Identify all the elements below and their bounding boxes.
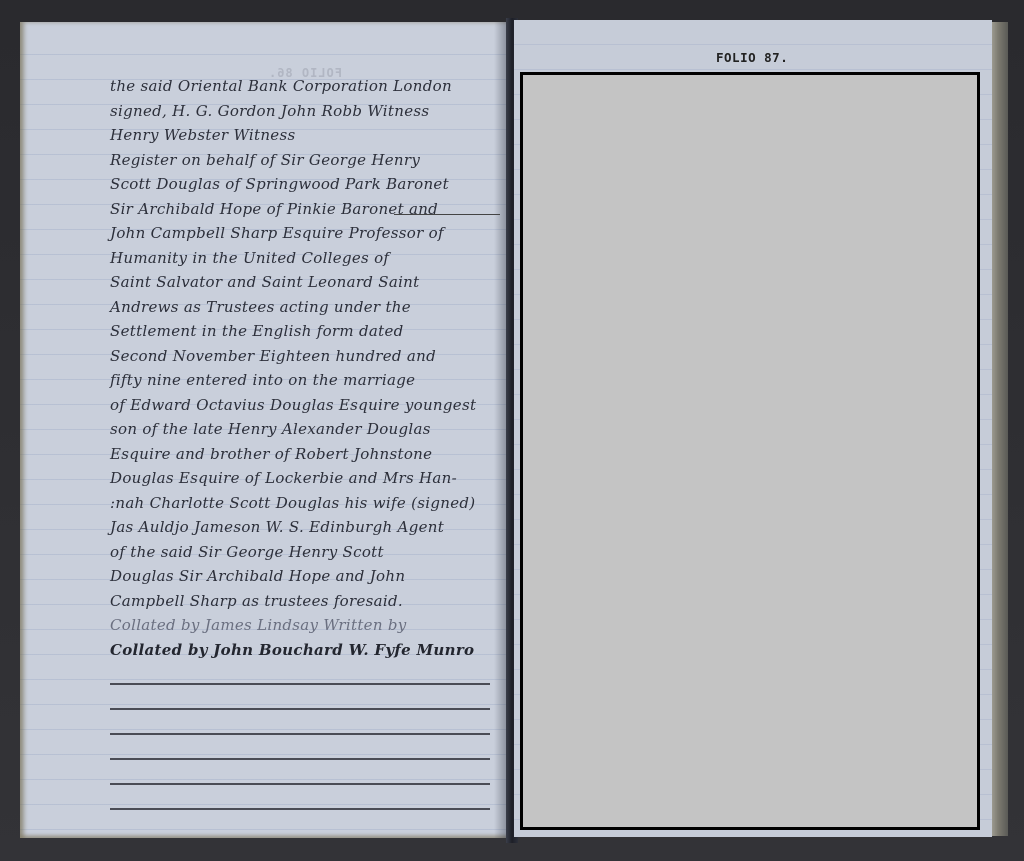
manuscript-line: Esquire and brother of Robert Johnstone <box>110 442 502 467</box>
blank-ruled-lines <box>110 683 490 833</box>
ruled-line <box>110 683 490 685</box>
manuscript-line: Scott Douglas of Springwood Park Baronet <box>110 172 502 197</box>
manuscript-line: signed, H. G. Gordon John Robb Witness <box>110 99 502 124</box>
manuscript-line: Second November Eighteen hundred and <box>110 344 502 369</box>
manuscript-line: Douglas Sir Archibald Hope and John <box>110 564 502 589</box>
manuscript-line: son of the late Henry Alexander Douglas <box>110 417 502 442</box>
redaction-box <box>520 72 980 830</box>
manuscript-line: Andrews as Trustees acting under the <box>110 295 502 320</box>
manuscript-line: Register on behalf of Sir George Henry <box>110 148 502 173</box>
manuscript-line: John Campbell Sharp Esquire Professor of <box>110 221 502 246</box>
folio-number: FOLIO 87. <box>716 50 788 65</box>
manuscript-line: Saint Salvator and Saint Leonard Saint <box>110 270 502 295</box>
ruled-line <box>110 733 490 735</box>
witness-underline <box>394 214 500 215</box>
manuscript-line: Settlement in the English form dated <box>110 319 502 344</box>
manuscript-line: of the said Sir George Henry Scott <box>110 540 502 565</box>
manuscript-line: fifty nine entered into on the marriage <box>110 368 502 393</box>
manuscript-line: Henry Webster Witness <box>110 123 502 148</box>
manuscript-line: Humanity in the United Colleges of <box>110 246 502 271</box>
ruled-line <box>110 708 490 710</box>
ruled-line <box>110 808 490 810</box>
manuscript-line: of Edward Octavius Douglas Esquire young… <box>110 393 502 418</box>
manuscript-line: Campbell Sharp as trustees foresaid. <box>110 589 502 614</box>
ruled-line <box>110 758 490 760</box>
ruled-line <box>110 783 490 785</box>
manuscript-line: :nah Charlotte Scott Douglas his wife (s… <box>110 491 502 516</box>
manuscript-line: the said Oriental Bank Corporation Londo… <box>110 74 502 99</box>
signature-line: Collated by John Bouchard W. Fyfe Munro <box>110 638 502 663</box>
collation-note: Collated by James Lindsay Written by <box>110 613 502 638</box>
handwritten-entry: the said Oriental Bank Corporation Londo… <box>110 74 502 662</box>
page-stack-edge <box>992 22 1008 836</box>
manuscript-line: Jas Auldjo Jameson W. S. Edinburgh Agent <box>110 515 502 540</box>
manuscript-line: Sir Archibald Hope of Pinkie Baronet and <box>110 197 502 222</box>
manuscript-line: Douglas Esquire of Lockerbie and Mrs Han… <box>110 466 502 491</box>
